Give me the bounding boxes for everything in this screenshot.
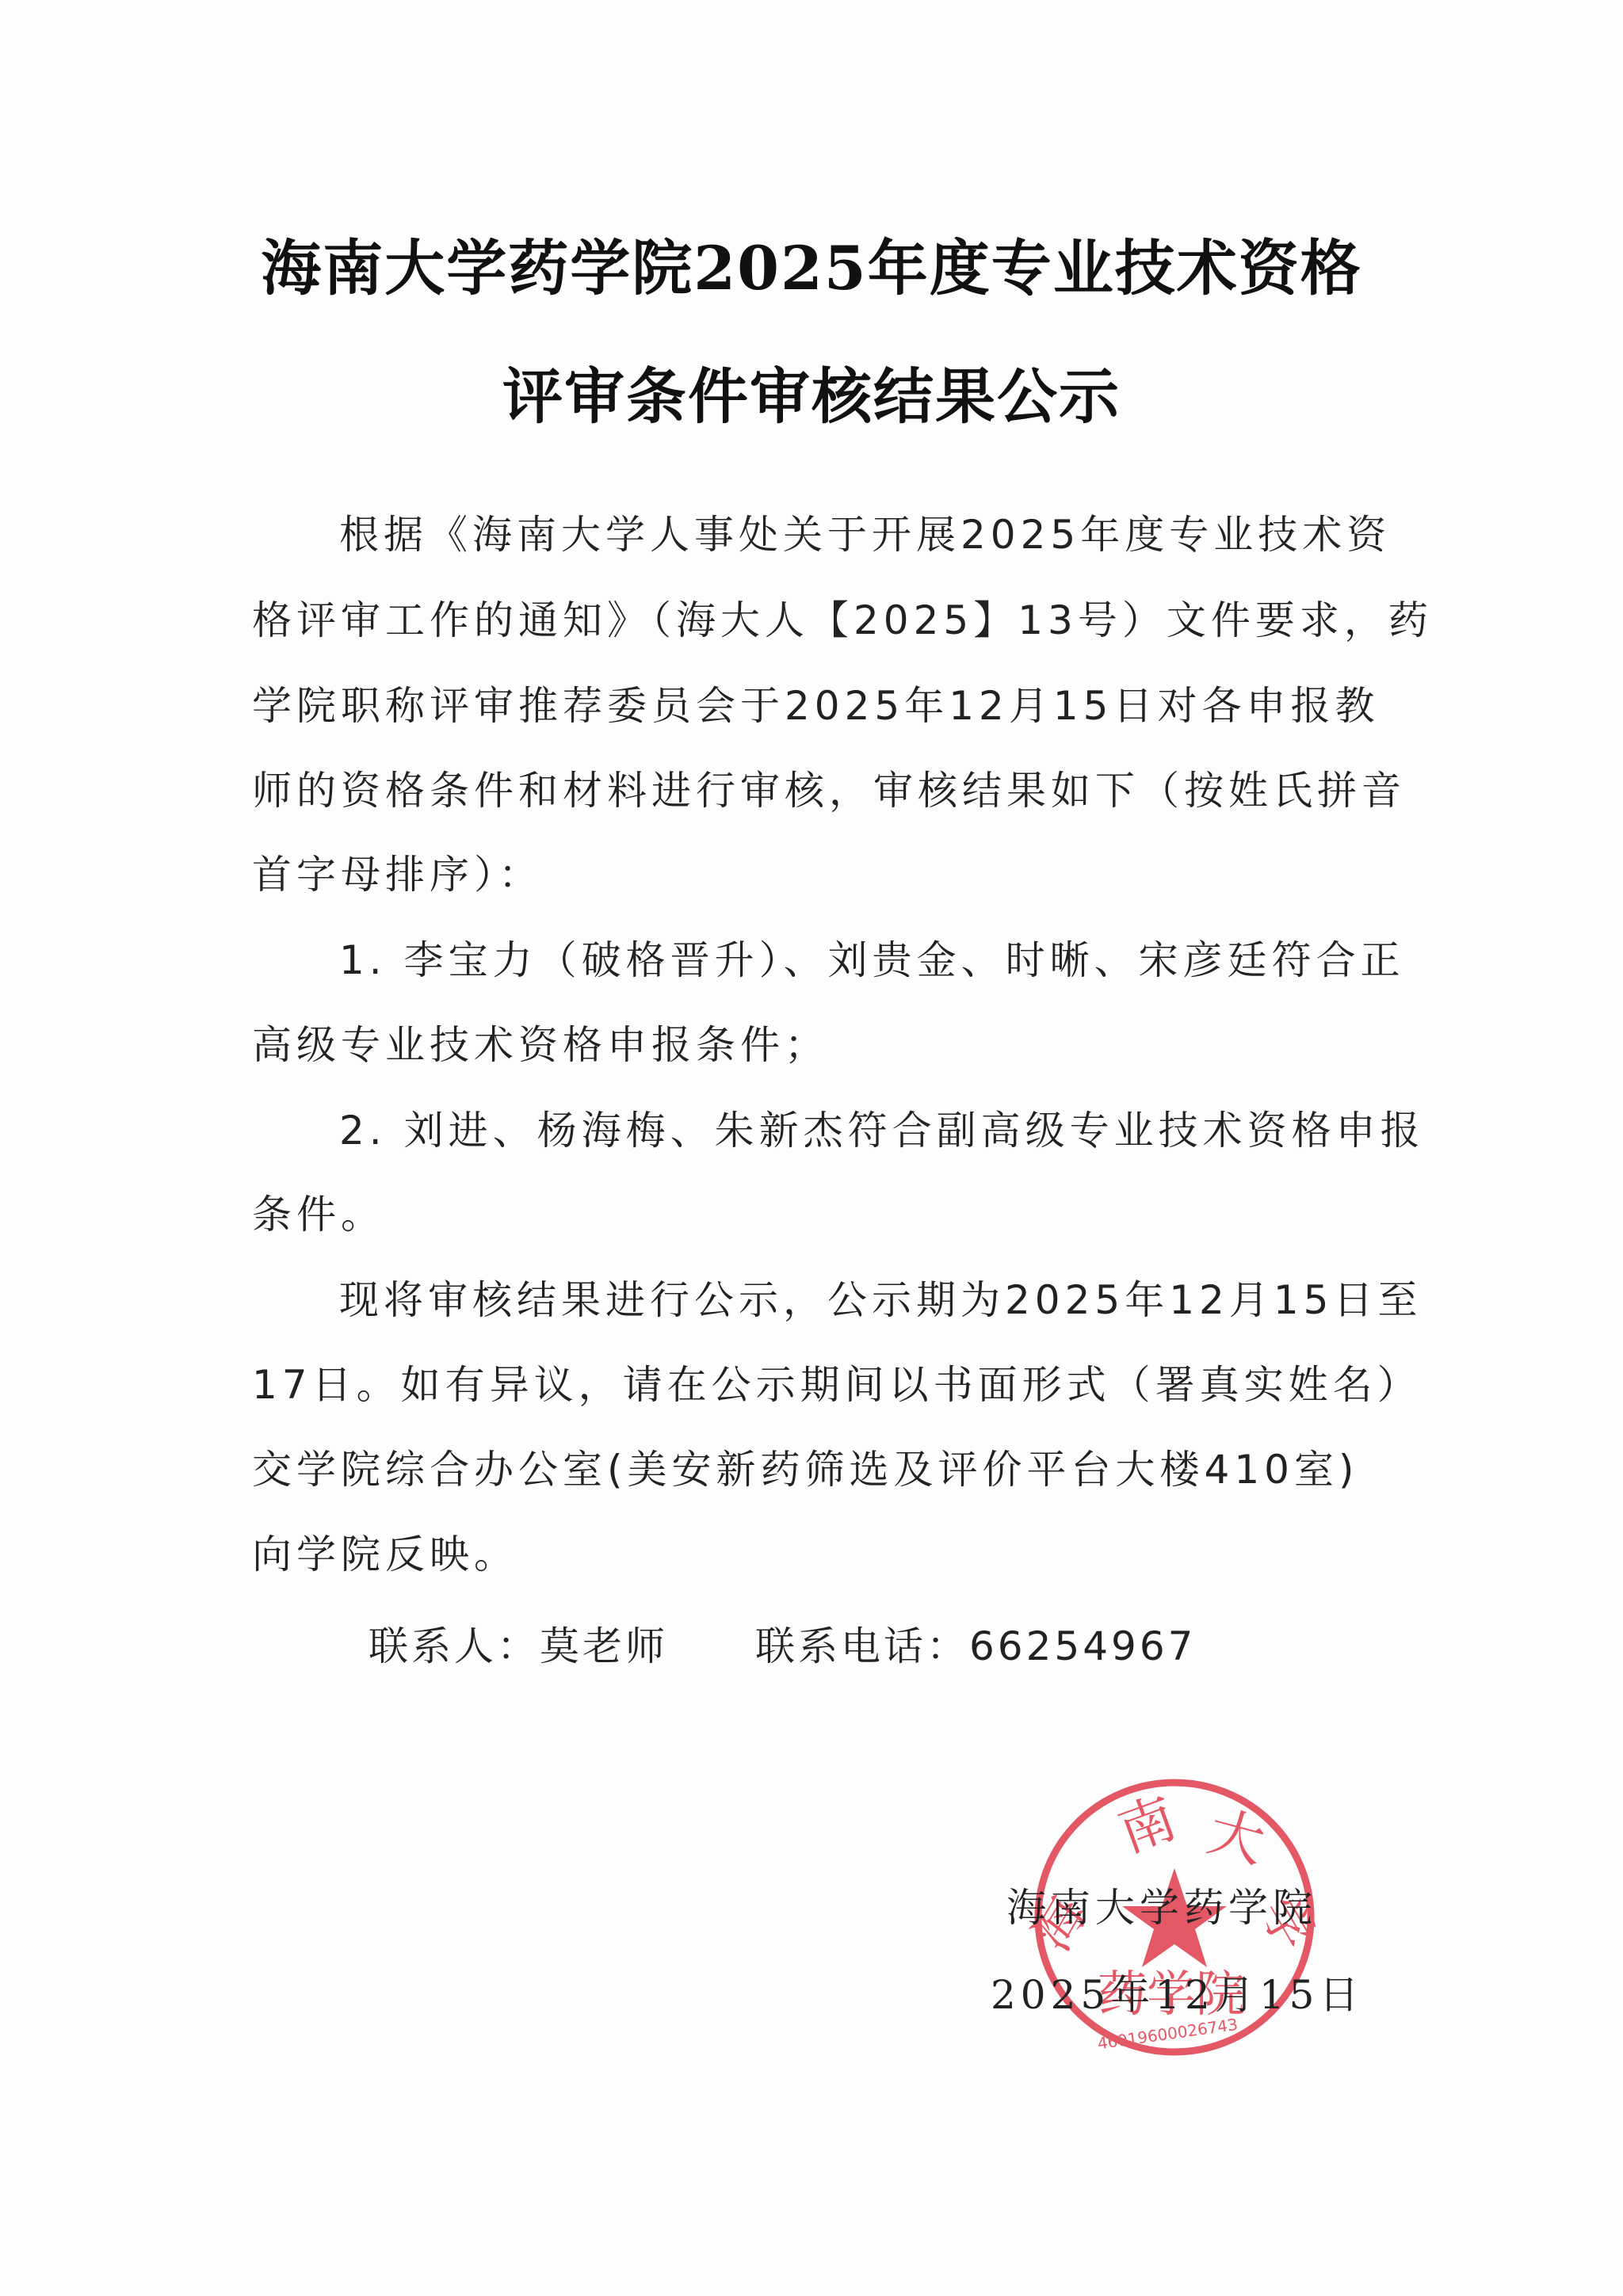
intro-paragraph-line: 学院职称评审推荐委员会于2025年12月15日对各申报教: [252, 682, 1393, 730]
result-item-1-line2: 高级专业技术资格申报条件；: [252, 1021, 1393, 1069]
contact-phone: 联系电话：66254967: [755, 1623, 1197, 1669]
notice-paragraph-line: 17日。如有异议，请在公示期间以书面形式（署真实姓名）: [252, 1361, 1393, 1409]
document-title-line1: 海南大学药学院2025年度专业技术资格: [0, 220, 1623, 307]
intro-paragraph-line: 格评审工作的通知》（海大人【2025】13号）文件要求，药: [252, 597, 1393, 644]
result-item-2-line1: 2. 刘进、杨海梅、朱新杰符合副高级专业技术资格申报: [339, 1107, 1393, 1154]
contact-person: 联系人：莫老师: [369, 1623, 668, 1669]
contact-info: 联系人：莫老师联系电话：66254967: [369, 1615, 1197, 1672]
signature-organization: 海南大学药学院: [1006, 1876, 1317, 1933]
notice-paragraph-line: 向学院反映。: [252, 1531, 1393, 1578]
svg-text:大: 大: [1201, 1798, 1272, 1875]
document-title-line2: 评审条件审核结果公示: [0, 349, 1623, 435]
signature-date: 2025年12月15日: [991, 1963, 1364, 2020]
document-page: 海南大学药学院2025年度专业技术资格 评审条件审核结果公示 根据《海南大学人事…: [0, 0, 1623, 2296]
intro-paragraph-line: 师的资格条件和材料进行审核，审核结果如下（按姓氏拼音: [252, 767, 1393, 814]
notice-paragraph-line: 交学院综合办公室(美安新药筛选及评价平台大楼410室): [252, 1446, 1393, 1493]
result-item-2-line2: 条件。: [252, 1191, 1393, 1238]
notice-paragraph-line: 现将审核结果进行公示，公示期为2025年12月15日至: [339, 1276, 1393, 1324]
intro-paragraph-line: 根据《海南大学人事处关于开展2025年度专业技术资: [339, 511, 1393, 559]
result-item-1-line1: 1. 李宝力（破格晋升）、刘贵金、时晰、宋彦廷符合正: [339, 936, 1393, 984]
intro-paragraph-line: 首字母排序）：: [252, 851, 1393, 898]
